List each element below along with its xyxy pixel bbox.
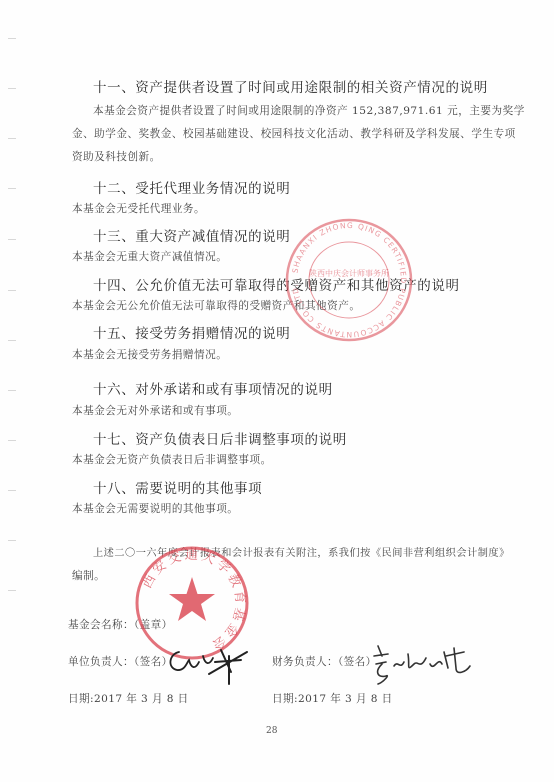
section-heading: 十一、资产提供者设置了时间或用途限制的相关资产情况的说明 <box>93 76 488 96</box>
binding-mark <box>8 390 16 391</box>
binding-mark <box>8 590 16 591</box>
section-heading: 十三、重大资产减值情况的说明 <box>93 225 290 245</box>
binding-mark <box>8 239 16 240</box>
binding-mark <box>8 290 16 291</box>
section-heading: 十六、对外承诺和或有事项情况的说明 <box>93 378 333 398</box>
binding-mark <box>8 340 16 341</box>
section-body: 本基金会无需要说明的其他事项。 <box>72 501 238 516</box>
section-heading: 十七、资产负债表日后非调整事项的说明 <box>93 428 347 448</box>
date-left: 日期:2017 年 3 月 8 日 <box>68 691 189 706</box>
finance-head-label: 财务负责人：（签名） <box>272 654 377 669</box>
section-heading: 十八、需要说明的其他事项 <box>93 477 262 497</box>
unit-head-signature <box>165 644 255 686</box>
svg-text:陕西中庆会计师事务所: 陕西中庆会计师事务所 <box>309 268 389 278</box>
binding-mark <box>8 138 16 139</box>
section-body: 本基金会无对外承诺和或有事项。 <box>72 403 238 418</box>
binding-mark <box>8 440 16 441</box>
svg-text:SHAANXI ZHONG QING CERTIFIED P: SHAANXI ZHONG QING CERTIFIED PUBLIC ACCO… <box>290 221 408 339</box>
section-body: 本基金会无受托代理业务。 <box>72 201 205 216</box>
section-body: 资助及科技创新。 <box>72 149 161 164</box>
cpa-firm-stamp: SHAANXI ZHONG QING CERTIFIED PUBLIC ACCO… <box>283 214 415 346</box>
date-right: 日期:2017 年 3 月 8 日 <box>272 691 393 706</box>
finance-head-signature <box>372 642 482 686</box>
page-number: 28 <box>266 726 277 736</box>
section-heading: 十五、接受劳务捐赠情况的说明 <box>93 322 290 342</box>
binding-mark <box>8 38 16 39</box>
section-body: 本基金会无资产负债表日后非调整事项。 <box>72 452 272 467</box>
binding-mark <box>8 490 16 491</box>
binding-mark <box>8 188 16 189</box>
section-body: 本基金会无接受劳务捐赠情况。 <box>72 347 227 362</box>
binding-mark <box>8 88 16 89</box>
section-body: 本基金会无重大资产减值情况。 <box>72 249 227 264</box>
section-body: 本基金会资产提供者设置了时间或用途限制的净资产 152,387,971.61 元… <box>93 103 525 118</box>
closing-statement: 编制。 <box>72 568 105 583</box>
binding-mark <box>8 540 16 541</box>
section-body: 金、助学金、奖教金、校园基础建设、校园科技文化活动、教学科研及学科发展、学生专项 <box>72 126 516 141</box>
document-page: 十一、资产提供者设置了时间或用途限制的相关资产情况的说明 本基金会资产提供者设置… <box>0 0 554 782</box>
section-heading: 十二、受托代理业务情况的说明 <box>93 177 290 197</box>
